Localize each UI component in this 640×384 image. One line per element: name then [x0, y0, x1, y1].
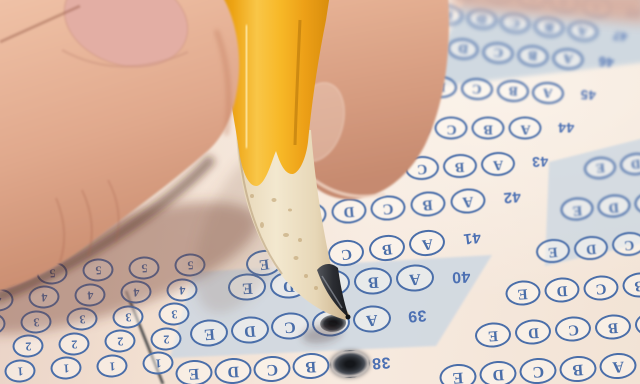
- background-blur-strip: [452, 0, 640, 24]
- pencil-facet-highlight: [246, 25, 247, 148]
- pencil-tip-shadow: [301, 322, 344, 347]
- photo-scene: 38ABCDE39ABCDE40ABCDE41ABCDE42ABCDE43ABC…: [0, 0, 640, 384]
- photo-overlay: [0, 0, 640, 384]
- graphite-point: [346, 315, 351, 320]
